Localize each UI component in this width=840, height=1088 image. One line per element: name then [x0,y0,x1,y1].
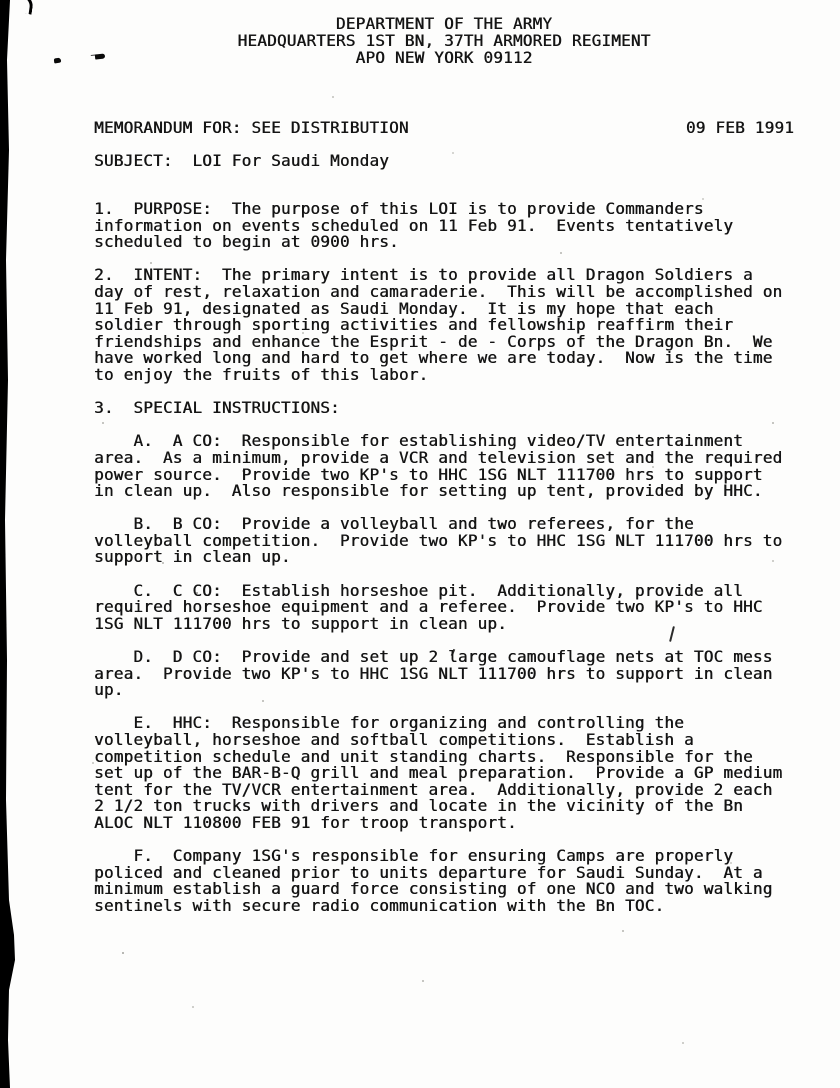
body-line: to enjoy the fruits of this labor. [94,367,810,384]
ink-speck [54,58,62,64]
subject-line: SUBJECT: LOI For Saudi Monday [94,152,389,169]
body-line: up. [94,682,810,699]
memo-for-text: MEMORANDUM FOR: SEE DISTRIBUTION [94,119,409,136]
date-text: 09 FEB 1991 [686,119,794,136]
body-line: support in clean up. [94,549,810,566]
body-line: 3. SPECIAL INSTRUCTIONS: [94,400,810,417]
letterhead-line: DEPARTMENT OF THE ARMY [94,15,794,32]
body-line: area. As a minimum, provide a VCR and te… [94,450,810,467]
memo-for-line: MEMORANDUM FOR: SEE DISTRIBUTION 09 FEB … [94,119,794,136]
body-line: scheduled to begin at 0900 hrs. [94,234,810,251]
body-line: area. Provide two KP's to HHC 1SG NLT 11… [94,666,810,683]
letterhead-line: APO NEW YORK 09112 [94,49,794,66]
scanned-memo-page: DEPARTMENT OF THE ARMYHEADQUARTERS 1ST B… [0,0,840,1088]
letterhead: DEPARTMENT OF THE ARMYHEADQUARTERS 1ST B… [94,15,794,66]
scan-edge-artifact [0,0,16,1088]
body-line: 1SG NLT 111700 hrs to support in clean u… [94,616,810,633]
body-line: in clean up. Also responsible for settin… [94,483,810,500]
letterhead-line: HEADQUARTERS 1ST BN, 37TH ARMORED REGIME… [94,32,794,49]
scan-corner-artifact [7,0,34,15]
body-line: ALOC NLT 110800 FEB 91 for troop transpo… [94,815,810,832]
body-line: sentinels with secure radio communicatio… [94,898,810,915]
scan-speckle-noise [0,0,2,2]
memo-body: 1. PURPOSE: The purpose of this LOI is t… [94,201,810,915]
